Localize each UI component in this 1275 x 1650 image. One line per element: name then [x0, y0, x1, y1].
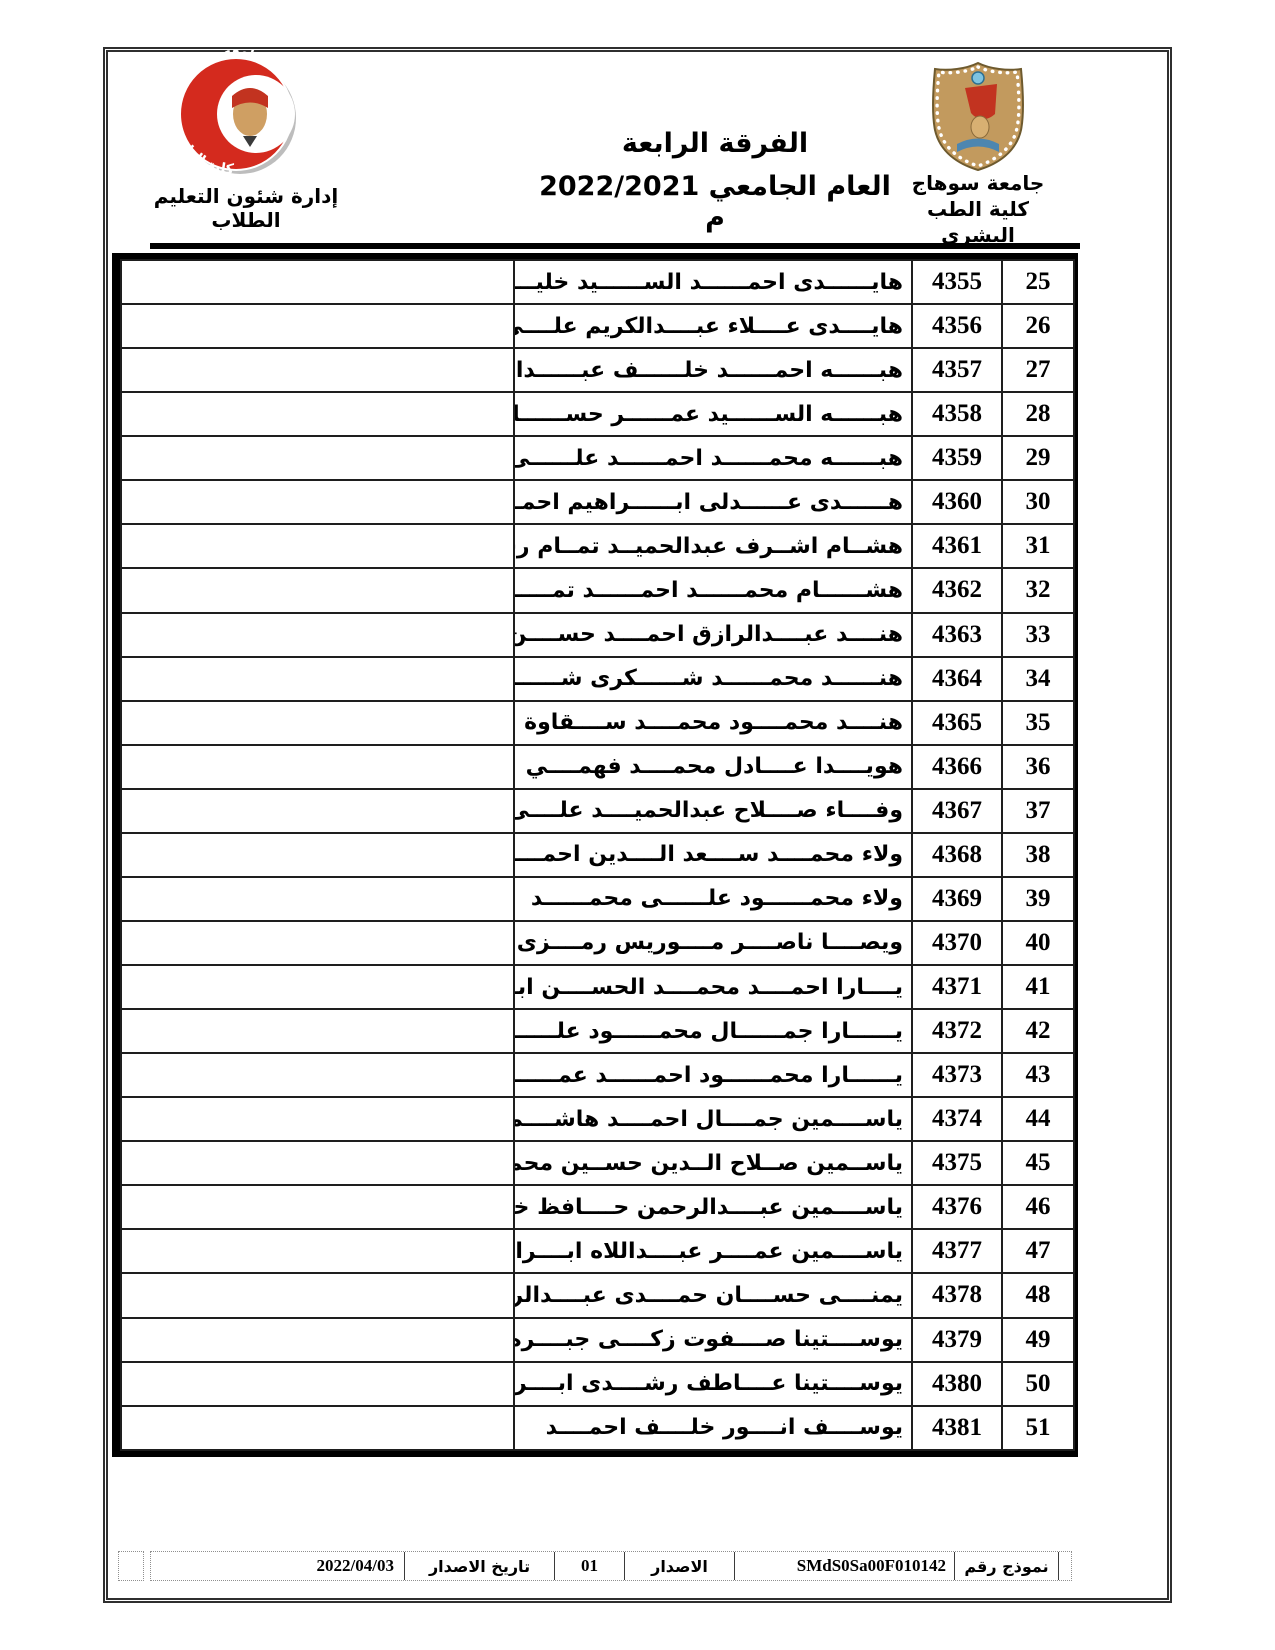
student-id-cell: 4356	[912, 304, 1002, 348]
student-name-cell: ياســــمين عمــــر عبــــداللاه ابــــرا…	[514, 1229, 912, 1273]
student-name-cell: يــــــارا جمــــــال محمــــــود علــــ…	[514, 1009, 912, 1053]
table-row: 45 4375 ياســمين صــلاح الــدين حســين م…	[121, 1141, 1074, 1185]
signature-cell	[121, 1009, 514, 1053]
signature-cell	[121, 1273, 514, 1317]
student-id-cell: 4376	[912, 1185, 1002, 1229]
student-id-cell: 4358	[912, 392, 1002, 436]
table-row: 50 4380 يوســــتينا عــــاطف رشــــدى اب…	[121, 1362, 1074, 1406]
issue-date-label: تاريخ الاصدار	[405, 1552, 555, 1580]
student-name-cell: هشــــــام محمــــــد احمــــــد تمـــــ…	[514, 568, 912, 612]
table-row: 42 4372 يــــــارا جمــــــال محمــــــو…	[121, 1009, 1074, 1053]
table-row: 32 4362 هشــــــام محمــــــد احمــــــد…	[121, 568, 1074, 612]
table-row: 29 4359 هبــــــه محمــــــد احمــــــد …	[121, 436, 1074, 480]
table-row: 39 4369 ولاء محمــــــود علــــــى محمــ…	[121, 877, 1074, 921]
serial-cell: 34	[1002, 657, 1074, 701]
student-id-cell: 4364	[912, 657, 1002, 701]
academic-year-title: العام الجامعي 2022/2021 م	[530, 171, 900, 233]
issue-date-value: 2022/04/03	[151, 1552, 405, 1580]
signature-cell	[121, 1053, 514, 1097]
student-name-cell: ولاء محمــــد ســــعد الــــدين احمــــد	[514, 833, 912, 877]
scarab-emblem	[972, 72, 984, 84]
serial-cell: 40	[1002, 921, 1074, 965]
table-row: 26 4356 هايــــدى عــــلاء عبــــدالكريم…	[121, 304, 1074, 348]
student-name-cell: هبــــــه محمــــــد احمــــــد علــــــ…	[514, 436, 912, 480]
serial-cell: 26	[1002, 304, 1074, 348]
table-row: 47 4377 ياســــمين عمــــر عبــــداللاه …	[121, 1229, 1074, 1273]
student-id-cell: 4362	[912, 568, 1002, 612]
student-name-cell: يوســــف انــــور خلــــف احمــــد	[514, 1406, 912, 1450]
table-row: 36 4366 هويــــدا عــــادل محمــــد فهمـ…	[121, 745, 1074, 789]
university-name: جامعة سوهاج	[888, 170, 1068, 196]
form-number-label: نموذج رقم	[955, 1552, 1059, 1580]
student-name-cell: هبــــــه احمــــــد خلــــــف عبــــــد…	[514, 348, 912, 392]
university-shield-icon	[928, 60, 1028, 172]
signature-cell	[121, 436, 514, 480]
serial-cell: 29	[1002, 436, 1074, 480]
table-row: 41 4371 يــــارا احمــــد محمــــد الحسـ…	[121, 965, 1074, 1009]
table-row: 28 4358 هبــــــه الســــــيد عمــــــر …	[121, 392, 1074, 436]
table-row: 35 4365 هنــــد محمــــود محمــــد ســــ…	[121, 701, 1074, 745]
student-name-cell: هويــــدا عــــادل محمــــد فهمــــي	[514, 745, 912, 789]
signature-cell	[121, 1318, 514, 1362]
table-row: 38 4368 ولاء محمــــد ســــعد الــــدين …	[121, 833, 1074, 877]
student-id-cell: 4375	[912, 1141, 1002, 1185]
student-id-cell: 4372	[912, 1009, 1002, 1053]
student-id-cell: 4381	[912, 1406, 1002, 1450]
footer-form-strip: نموذج رقم SMdS0Sa00F010142 الاصدار 01 تا…	[150, 1551, 1072, 1581]
students-table: 25 4355 هايــــــدى احمــــــد الســــــ…	[112, 253, 1078, 1457]
serial-cell: 39	[1002, 877, 1074, 921]
student-name-cell: هــــــدى عــــــدلى ابــــــراهيم احمــ…	[514, 480, 912, 524]
serial-cell: 43	[1002, 1053, 1074, 1097]
table-row: 37 4367 وفــــاء صــــلاح عبدالحميــــد …	[121, 789, 1074, 833]
student-id-cell: 4371	[912, 965, 1002, 1009]
signature-cell	[121, 568, 514, 612]
table-row: 40 4370 ويصــــا ناصــــر مــــوريس رمــ…	[121, 921, 1074, 965]
university-name-block: جامعة سوهاج كلية الطب البشرى	[888, 170, 1068, 248]
student-name-cell: يوســــتينا صــــفوت زكــــى جبــــره	[514, 1318, 912, 1362]
serial-cell: 48	[1002, 1273, 1074, 1317]
table-row: 51 4381 يوســــف انــــور خلــــف احمـــ…	[121, 1406, 1074, 1450]
grade-title: الفرقة الرابعة	[530, 128, 900, 159]
student-id-cell: 4374	[912, 1097, 1002, 1141]
department-name: إدارة شئون التعليم الطلاب	[136, 184, 356, 232]
signature-cell	[121, 348, 514, 392]
signature-cell	[121, 304, 514, 348]
student-name-cell: هايــــــدى احمــــــد الســــــيد خليــ…	[514, 260, 912, 304]
student-id-cell: 4378	[912, 1273, 1002, 1317]
signature-cell	[121, 1141, 514, 1185]
student-name-cell: ياســمين صــلاح الــدين حســين محمــد	[514, 1141, 912, 1185]
student-name-cell: يمنــــى حســــان حمــــدى عبــــدالرحمن	[514, 1273, 912, 1317]
signature-cell	[121, 260, 514, 304]
form-number-value: SMdS0Sa00F010142	[735, 1552, 955, 1580]
student-name-cell: هنــــد عبــــدالرازق احمــــد حســــن	[514, 613, 912, 657]
serial-cell: 46	[1002, 1185, 1074, 1229]
serial-cell: 37	[1002, 789, 1074, 833]
table-row: 46 4376 ياســــمين عبــــدالرحمن حــــاف…	[121, 1185, 1074, 1229]
sphinx-face-emblem	[971, 116, 989, 138]
student-id-cell: 4365	[912, 701, 1002, 745]
student-id-cell: 4357	[912, 348, 1002, 392]
student-name-cell: هبــــــه الســــــيد عمــــــر حســــــ…	[514, 392, 912, 436]
serial-cell: 44	[1002, 1097, 1074, 1141]
table-row: 25 4355 هايــــــدى احمــــــد الســــــ…	[121, 260, 1074, 304]
student-name-cell: هشــام اشــرف عبدالحميــد تمــام رشــوان	[514, 524, 912, 568]
student-id-cell: 4361	[912, 524, 1002, 568]
student-id-cell: 4377	[912, 1229, 1002, 1273]
students-table-body: 25 4355 هايــــــدى احمــــــد الســــــ…	[121, 260, 1074, 1450]
serial-cell: 47	[1002, 1229, 1074, 1273]
student-name-cell: يــــارا احمــــد محمــــد الحســــن ابـ…	[514, 965, 912, 1009]
signature-cell	[121, 1229, 514, 1273]
student-id-cell: 4359	[912, 436, 1002, 480]
student-name-cell: ويصــــا ناصــــر مــــوريس رمــــزى	[514, 921, 912, 965]
student-name-cell: يــــــارا محمــــــود احمــــــد عمــــ…	[514, 1053, 912, 1097]
serial-cell: 27	[1002, 348, 1074, 392]
student-id-cell: 4370	[912, 921, 1002, 965]
serial-cell: 36	[1002, 745, 1074, 789]
serial-cell: 32	[1002, 568, 1074, 612]
signature-cell	[121, 392, 514, 436]
student-id-cell: 4366	[912, 745, 1002, 789]
footer-blank-cell	[1059, 1552, 1071, 1580]
signature-cell	[121, 657, 514, 701]
serial-cell: 33	[1002, 613, 1074, 657]
issue-label: الاصدار	[625, 1552, 735, 1580]
signature-cell	[121, 1406, 514, 1450]
table-row: 48 4378 يمنــــى حســــان حمــــدى عبـــ…	[121, 1273, 1074, 1317]
student-name-cell: هنــــد محمــــود محمــــد ســــقاوة	[514, 701, 912, 745]
table-row: 31 4361 هشــام اشــرف عبدالحميــد تمــام…	[121, 524, 1074, 568]
signature-cell	[121, 921, 514, 965]
signature-cell	[121, 480, 514, 524]
issue-value: 01	[555, 1552, 625, 1580]
signature-cell	[121, 745, 514, 789]
table-row: 33 4363 هنــــد عبــــدالرازق احمــــد ح…	[121, 613, 1074, 657]
student-id-cell: 4367	[912, 789, 1002, 833]
serial-cell: 49	[1002, 1318, 1074, 1362]
student-id-cell: 4379	[912, 1318, 1002, 1362]
serial-cell: 51	[1002, 1406, 1074, 1450]
signature-cell	[121, 833, 514, 877]
table-row: 34 4364 هنــــــد محمــــــد شــــــكرى …	[121, 657, 1074, 701]
serial-cell: 50	[1002, 1362, 1074, 1406]
student-name-cell: ياســــمين عبــــدالرحمن حــــافظ خليفــ…	[514, 1185, 912, 1229]
student-id-cell: 4373	[912, 1053, 1002, 1097]
table-row: 49 4379 يوســــتينا صــــفوت زكــــى جبـ…	[121, 1318, 1074, 1362]
footer-corner-box	[118, 1551, 144, 1581]
header-divider-rule	[150, 243, 1080, 249]
student-name-cell: ياســــمين جمــــال احمــــد هاشــــم	[514, 1097, 912, 1141]
table-row: 43 4373 يــــــارا محمــــــود احمــــــ…	[121, 1053, 1074, 1097]
student-name-cell: ولاء محمــــــود علــــــى محمــــــد	[514, 877, 912, 921]
serial-cell: 30	[1002, 480, 1074, 524]
serial-cell: 45	[1002, 1141, 1074, 1185]
student-id-cell: 4369	[912, 877, 1002, 921]
table-row: 30 4360 هــــــدى عــــــدلى ابــــــراه…	[121, 480, 1074, 524]
signature-cell	[121, 613, 514, 657]
signature-cell	[121, 1185, 514, 1229]
faculty-name: كلية الطب البشرى	[888, 196, 1068, 248]
serial-cell: 31	[1002, 524, 1074, 568]
faculty-crescent-icon: جامعة سوهاج كلية الطب	[148, 50, 338, 180]
student-name-cell: يوســــتينا عــــاطف رشــــدى ابــــراهي…	[514, 1362, 912, 1406]
student-id-cell: 4380	[912, 1362, 1002, 1406]
signature-cell	[121, 789, 514, 833]
serial-cell: 41	[1002, 965, 1074, 1009]
document-title-block: الفرقة الرابعة العام الجامعي 2022/2021 م	[530, 128, 900, 233]
signature-cell	[121, 1097, 514, 1141]
serial-cell: 35	[1002, 701, 1074, 745]
serial-cell: 28	[1002, 392, 1074, 436]
serial-cell: 38	[1002, 833, 1074, 877]
student-id-cell: 4368	[912, 833, 1002, 877]
table-row: 44 4374 ياســــمين جمــــال احمــــد هاش…	[121, 1097, 1074, 1141]
student-id-cell: 4360	[912, 480, 1002, 524]
table-row: 27 4357 هبــــــه احمــــــد خلــــــف ع…	[121, 348, 1074, 392]
student-id-cell: 4355	[912, 260, 1002, 304]
signature-cell	[121, 877, 514, 921]
student-name-cell: هايــــدى عــــلاء عبــــدالكريم علــــى	[514, 304, 912, 348]
student-name-cell: هنــــــد محمــــــد شــــــكرى شــــــا…	[514, 657, 912, 701]
serial-cell: 25	[1002, 260, 1074, 304]
signature-cell	[121, 1362, 514, 1406]
serial-cell: 42	[1002, 1009, 1074, 1053]
signature-cell	[121, 965, 514, 1009]
student-id-cell: 4363	[912, 613, 1002, 657]
signature-cell	[121, 524, 514, 568]
student-name-cell: وفــــاء صــــلاح عبدالحميــــد علــــى	[514, 789, 912, 833]
signature-cell	[121, 701, 514, 745]
